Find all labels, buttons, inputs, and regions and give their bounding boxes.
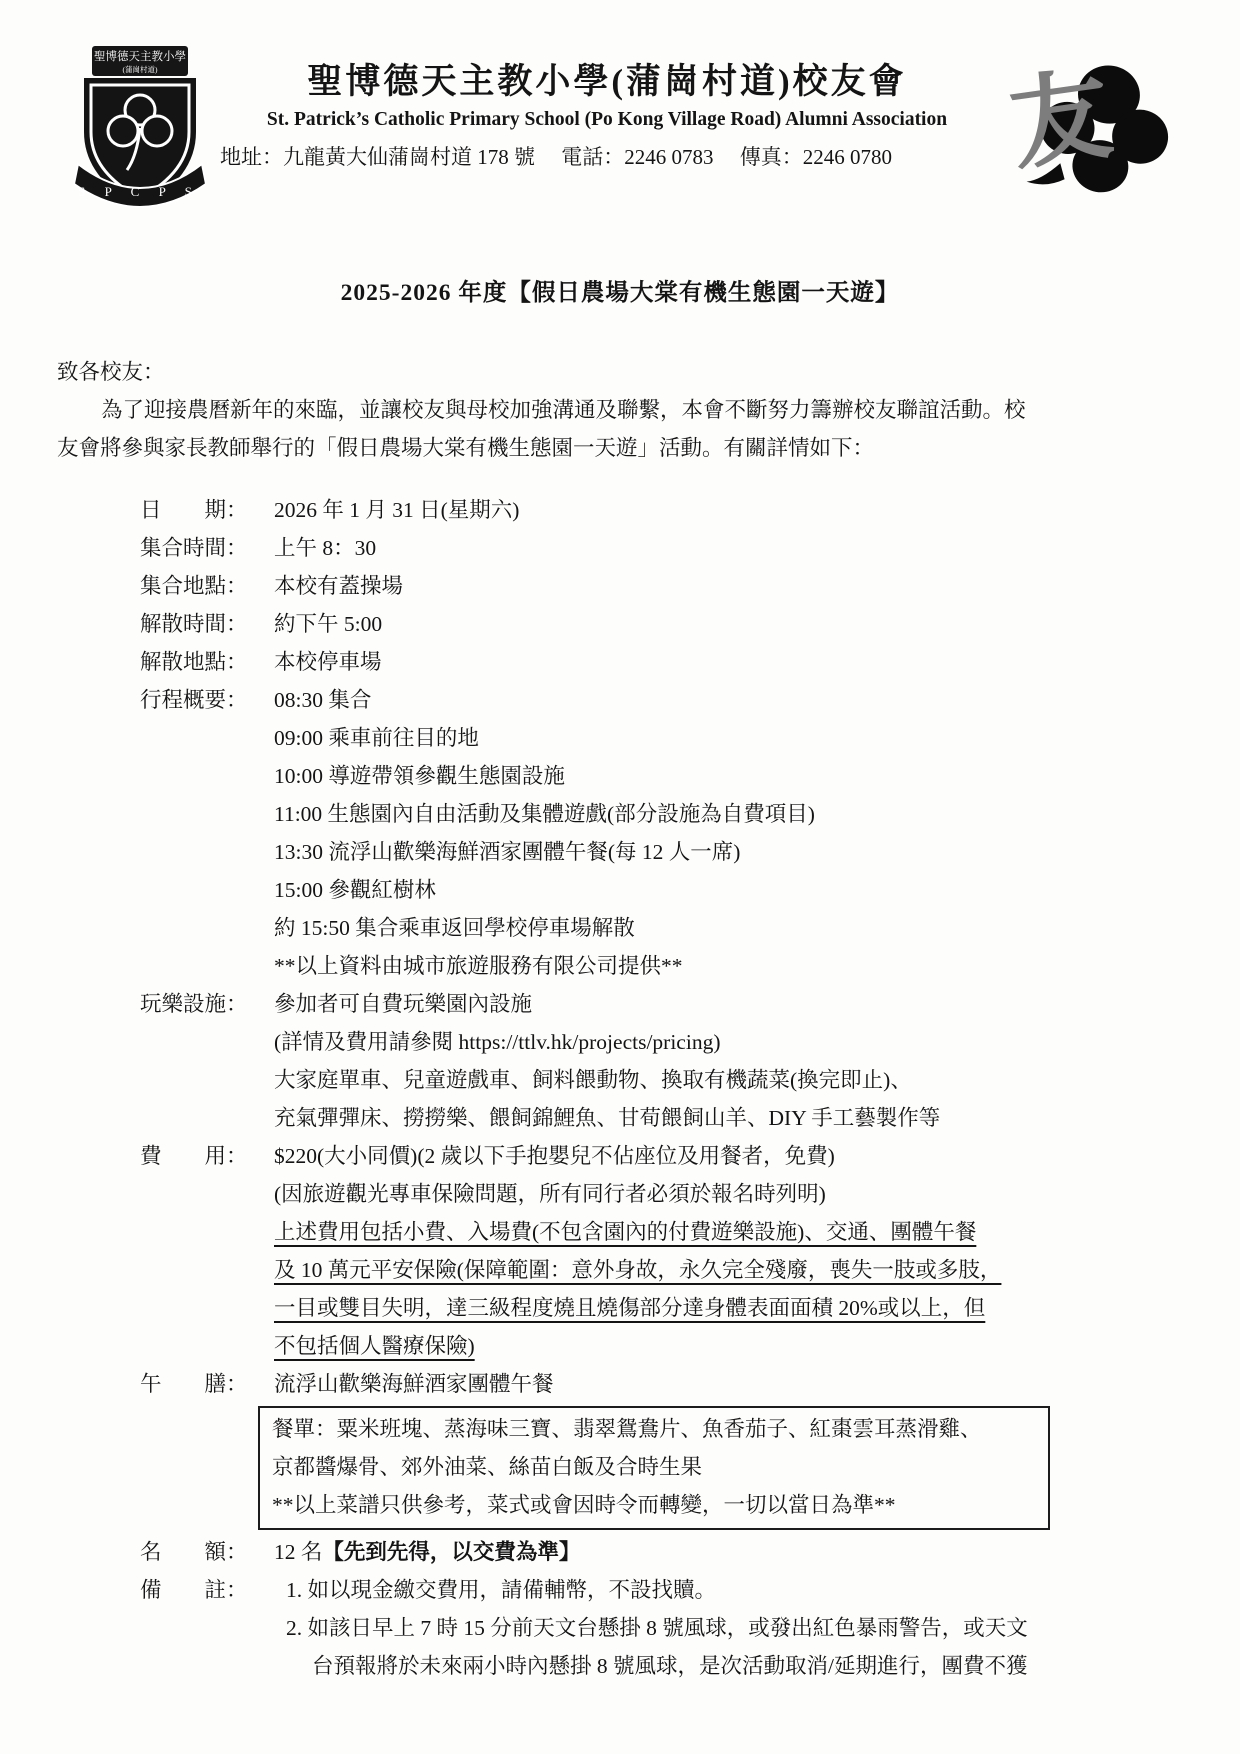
itinerary-item: 15:00 參觀紅樹林 — [274, 871, 1194, 909]
intro-line: 為了迎接農曆新年的來臨，並讓校友與母校加強溝通及聯繫，本會不斷努力籌辦校友聯誼活… — [57, 391, 1190, 429]
detail-value: 上午 8：30 — [274, 529, 1194, 567]
detail-row-remarks: 備 註： 1. 如以現金繳交費用，請備輔幣，不設找贖。 2. 如該日早上 7 時… — [0, 1571, 1240, 1685]
itinerary-item: 09:00 乘車前往目的地 — [274, 719, 1194, 757]
quota-number: 12 名 — [274, 1540, 322, 1564]
fee-inclusion-line: 及 10 萬元平安保險(保障範圍：意外身故，永久完全殘廢，喪失一肢或多肢， — [274, 1251, 1194, 1289]
document-page: 聖博德天主教小學 (蒲崗村道) S P C P S 聖博德天主教小學(蒲崗村道)… — [0, 0, 1240, 1754]
itinerary-item: 13:30 流浮山歡樂海鮮酒家團體午餐(每 12 人一席) — [274, 833, 1194, 871]
detail-label: 午 膳： — [140, 1365, 274, 1403]
school-address-line: 地址：九龍黃大仙蒲崗村道 178 號 電話：2246 0783 傳真：2246 … — [216, 141, 998, 171]
quota-priority-note: 【先到先得，以交費為準】 — [322, 1540, 580, 1564]
remark-item-continuation: 台預報將於未來兩小時內懸掛 8 號風球，是次活動取消/延期進行，團費不獲 — [274, 1647, 1226, 1685]
notice-title: 2025-2026 年度【假日農場大棠有機生態園一天遊】 — [0, 273, 1240, 307]
menu-box: 餐單：粟米班塊、蒸海味三寶、翡翠鴛鴦片、魚香茄子、紅棗雲耳蒸滑雞、 京都醬爆骨、… — [258, 1406, 1050, 1530]
detail-row-dismissal-time: 解散時間： 約下午 5:00 — [0, 605, 1240, 643]
detail-row-assembly-place: 集合地點： 本校有蓋操場 — [0, 567, 1240, 605]
lunch-restaurant: 流浮山歡樂海鮮酒家團體午餐 — [274, 1365, 1194, 1403]
detail-row-date: 日 期： 2026 年 1 月 31 日(星期六) — [0, 491, 1240, 529]
menu-line: 餐單：粟米班塊、蒸海味三寶、翡翠鴛鴦片、魚香茄子、紅棗雲耳蒸滑雞、 — [272, 1410, 1036, 1448]
itinerary-item: 11:00 生態園內自由活動及集體遊戲(部分設施為自費項目) — [274, 795, 1194, 833]
school-name-en: St. Patrick’s Catholic Primary School (P… — [216, 109, 998, 131]
detail-label: 備 註： — [140, 1571, 274, 1609]
itinerary-item: 約 15:50 集合乘車返回學校停車場解散 — [274, 909, 1194, 947]
detail-row-lunch: 午 膳： 流浮山歡樂海鮮酒家團體午餐 餐單：粟米班塊、蒸海味三寶、翡翠鴛鴦片、魚… — [0, 1365, 1240, 1533]
intro-paragraph: 為了迎接農曆新年的來臨，並讓校友與母校加強溝通及聯繫，本會不斷努力籌辦校友聯誼活… — [57, 391, 1190, 467]
clover-icon: 友 — [1004, 50, 1176, 212]
school-crest: 聖博德天主教小學 (蒲崗村道) S P C P S — [72, 44, 206, 225]
fee-line: $220(大小同價)(2 歲以下手抱嬰兒不佔座位及用餐者，免費) — [274, 1137, 1194, 1175]
facilities-pricing-url-line: (詳情及費用請參閱 https://ttlv.hk/projects/prici… — [274, 1023, 1194, 1061]
remark-item: 1. 如以現金繳交費用，請備輔幣，不設找贖。 — [274, 1571, 1226, 1609]
detail-row-quota: 名 額： 12 名【先到先得，以交費為準】 — [0, 1533, 1240, 1571]
itinerary-provider-note: **以上資料由城市旅遊服務有限公司提供** — [274, 947, 1194, 985]
fee-inclusion-line: 一目或雙目失明，達三級程度燒且燒傷部分達身體表面面積 20%或以上，但 — [274, 1289, 1194, 1327]
menu-line: 京都醬爆骨、郊外油菜、絲苗白飯及合時生果 — [272, 1448, 1036, 1486]
remark-item: 2. 如該日早上 7 時 15 分前天文台懸掛 8 號風球，或發出紅色暴雨警告，… — [274, 1609, 1226, 1647]
facilities-line: 參加者可自費玩樂園內設施 — [274, 985, 1194, 1023]
detail-row-itinerary: 行程概要： 08:30 集合 09:00 乘車前往目的地 10:00 導遊帶領參… — [0, 681, 1240, 985]
school-crest-icon: 聖博德天主教小學 (蒲崗村道) S P C P S — [72, 44, 206, 220]
itinerary-item: 10:00 導遊帶領參觀生態園設施 — [274, 757, 1194, 795]
crest-top-text: 聖博德天主教小學 — [94, 49, 186, 63]
detail-value: 本校有蓋操場 — [274, 567, 1194, 605]
fee-inclusion-line: 不包括個人醫療保險) — [274, 1327, 1194, 1365]
school-name-zh: 聖博德天主教小學(蒲崗村道)校友會 — [216, 54, 998, 104]
detail-value: 約下午 5:00 — [274, 605, 1194, 643]
detail-label: 集合時間： — [140, 529, 274, 567]
detail-label: 行程概要： — [140, 681, 274, 719]
detail-value: 2026 年 1 月 31 日(星期六) — [274, 491, 1194, 529]
detail-row-facilities: 玩樂設施： 參加者可自費玩樂園內設施 (詳情及費用請參閱 https://ttl… — [0, 985, 1240, 1137]
detail-label: 費 用： — [140, 1137, 274, 1175]
letterhead: 聖博德天主教小學 (蒲崗村道) S P C P S 聖博德天主教小學(蒲崗村道)… — [0, 0, 1240, 225]
detail-value: 本校停車場 — [274, 643, 1194, 681]
detail-label: 集合地點： — [140, 567, 274, 605]
detail-row-assembly-time: 集合時間： 上午 8：30 — [0, 529, 1240, 567]
crest-ribbon-letters: S P C P S — [78, 184, 200, 199]
facilities-line: 充氣彈彈床、撈撈樂、餵飼錦鯉魚、甘荀餵飼山羊、DIY 手工藝製作等 — [274, 1099, 1194, 1137]
fee-line: (因旅遊觀光專車保險問題，所有同行者必須於報名時列明) — [274, 1175, 1194, 1213]
fee-inclusion-line: 上述費用包括小費、入場費(不包含園內的付費遊樂設施)、交通、團體午餐 — [274, 1213, 1194, 1251]
calligraphy-you-char: 友 — [1004, 59, 1118, 183]
itinerary-item: 08:30 集合 — [274, 681, 1194, 719]
detail-label: 日 期： — [140, 491, 274, 529]
detail-label: 玩樂設施： — [140, 985, 274, 1023]
detail-label: 名 額： — [140, 1533, 274, 1571]
quota-value: 12 名【先到先得，以交費為準】 — [274, 1533, 1194, 1571]
event-details: 日 期： 2026 年 1 月 31 日(星期六) 集合時間： 上午 8：30 … — [0, 491, 1240, 1685]
salutation: 致各校友： — [57, 353, 1183, 391]
detail-label: 解散地點： — [140, 643, 274, 681]
detail-row-dismissal-place: 解散地點： 本校停車場 — [0, 643, 1240, 681]
letterhead-text: 聖博德天主教小學(蒲崗村道)校友會 St. Patrick’s Catholic… — [206, 44, 1004, 171]
alumni-clover-logo: 友 — [1004, 50, 1176, 217]
detail-label: 解散時間： — [140, 605, 274, 643]
menu-disclaimer: **以上菜譜只供參考，菜式或會因時令而轉變，一切以當日為準** — [272, 1486, 1036, 1524]
facilities-line: 大家庭單車、兒童遊戲車、飼料餵動物、換取有機蔬菜(換完即止)、 — [274, 1061, 1194, 1099]
intro-line: 友會將參與家長教師舉行的「假日農場大棠有機生態園一天遊」活動。有關詳情如下： — [57, 429, 1190, 467]
crest-sub-text: (蒲崗村道) — [123, 64, 158, 74]
detail-row-fee: 費 用： $220(大小同價)(2 歲以下手抱嬰兒不佔座位及用餐者，免費) (因… — [0, 1137, 1240, 1365]
